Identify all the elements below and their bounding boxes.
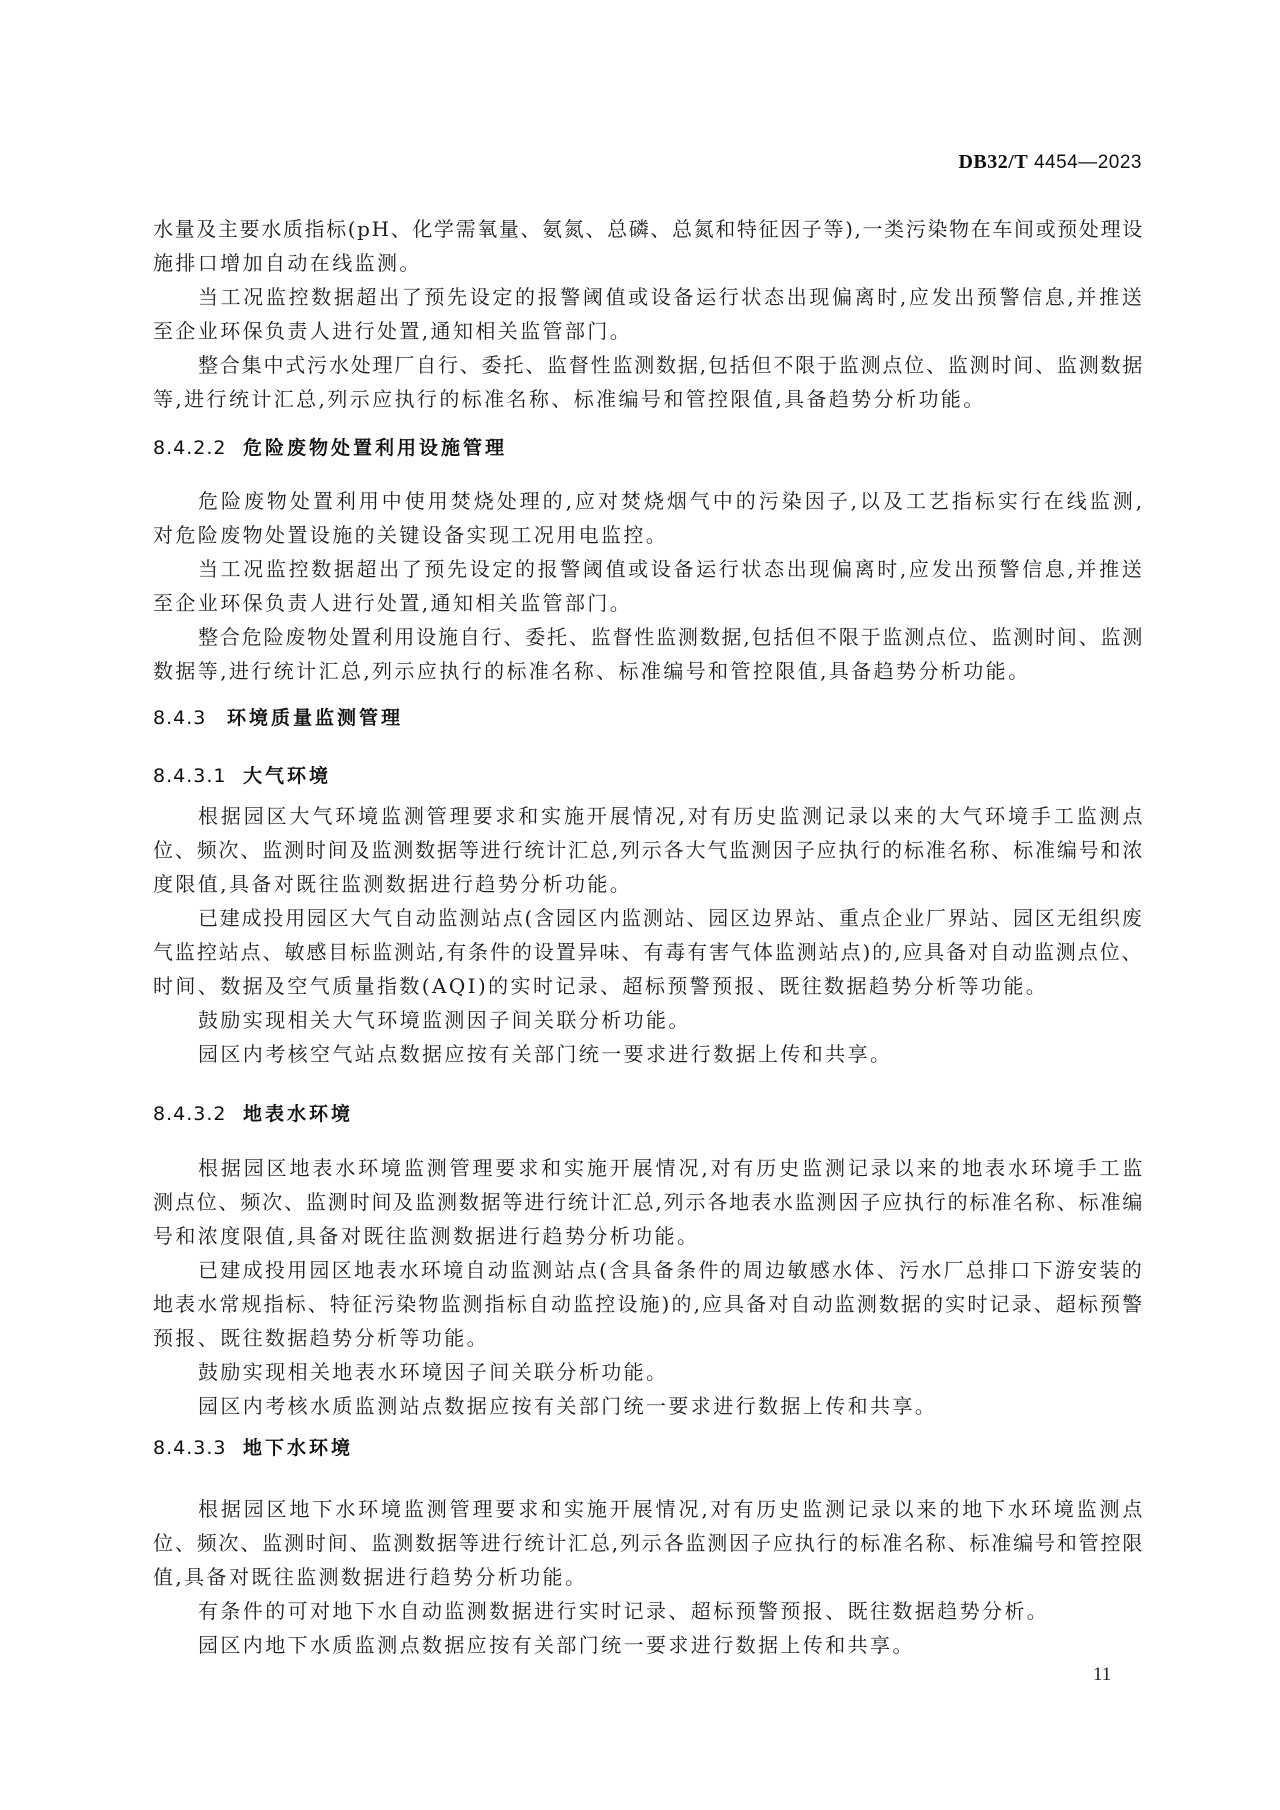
paragraph-line: 数据等,进行统计汇总,列示应执行的标准名称、标准编号和管控限值,具备趋势分析功能…	[153, 656, 1142, 686]
paragraph-first-line: 园区内地下水质监测点数据应按有关部门统一要求进行数据上传和共享。	[198, 1630, 1142, 1660]
paragraph-line: 水量及主要水质指标(pH、化学需氧量、氨氮、总磷、总氮和特征因子等),一类污染物…	[153, 214, 1142, 244]
paragraph-first-line: 园区内考核空气站点数据应按有关部门统一要求进行数据上传和共享。	[198, 1039, 1142, 1069]
paragraph-first-line: 根据园区地下水环境监测管理要求和实施开展情况,对有历史监测记录以来的地下水环境监…	[198, 1494, 1142, 1524]
paragraph-line: 位、频次、监测时间及监测数据等进行统计汇总,列示各大气监测因子应执行的标准名称、…	[153, 835, 1142, 865]
paragraph-line: 气监控站点、敏感目标监测站,有条件的设置异味、有毒有害气体监测站点)的,应具备对…	[153, 937, 1142, 967]
section-heading: 8.4.3.1大气环境	[153, 761, 226, 791]
paragraph-line: 对危险废物处置设施的关键设备实现工况用电监控。	[153, 520, 1142, 550]
section-heading: 8.4.2.2危险废物处置利用设施管理	[153, 433, 226, 463]
section-number: 8.4.3.1	[153, 761, 226, 791]
paragraph-line: 度限值,具备对既往监测数据进行趋势分析功能。	[153, 869, 1142, 899]
section-number: 8.4.3.2	[153, 1099, 226, 1129]
section-title: 大气环境	[243, 761, 331, 791]
section-number: 8.4.2.2	[153, 433, 226, 463]
paragraph-line: 测点位、频次、监测时间及监测数据等进行统计汇总,列示各地表水监测因子应执行的标准…	[153, 1187, 1142, 1217]
paragraph-first-line: 鼓励实现相关地表水环境因子间关联分析功能。	[198, 1357, 1142, 1387]
paragraph-first-line: 当工况监控数据超出了预先设定的报警阈值或设备运行状态出现偏离时,应发出预警信息,…	[198, 282, 1142, 312]
paragraph-line: 至企业环保负责人进行处置,通知相关监管部门。	[153, 316, 1142, 346]
paragraph-line: 至企业环保负责人进行处置,通知相关监管部门。	[153, 588, 1142, 618]
section-title: 危险废物处置利用设施管理	[243, 433, 507, 463]
paragraph-line: 预报、既往数据趋势分析等功能。	[153, 1323, 1142, 1353]
document-standard-id: DB32/T 4454—2023	[958, 150, 1142, 175]
paragraph-line: 号和浓度限值,具备对既往监测数据进行趋势分析功能。	[153, 1221, 1142, 1251]
paragraph-line: 地表水常规指标、特征污染物监测指标自动监控设施)的,应具备对自动监测数据的实时记…	[153, 1289, 1142, 1319]
section-title: 地下水环境	[243, 1433, 353, 1463]
section-title: 地表水环境	[243, 1099, 353, 1129]
standard-prefix: DB32/T	[958, 151, 1028, 173]
section-heading: 8.4.3.2地表水环境	[153, 1099, 226, 1129]
paragraph-first-line: 整合集中式污水处理厂自行、委托、监督性监测数据,包括但不限于监测点位、监测时间、…	[198, 350, 1142, 380]
paragraph-line: 施排口增加自动在线监测。	[153, 248, 1142, 278]
paragraph-first-line: 鼓励实现相关大气环境监测因子间关联分析功能。	[198, 1005, 1142, 1035]
paragraph-first-line: 危险废物处置利用中使用焚烧处理的,应对焚烧烟气中的污染因子,以及工艺指标实行在线…	[198, 486, 1142, 516]
paragraph-first-line: 整合危险废物处置利用设施自行、委托、监督性监测数据,包括但不限于监测点位、监测时…	[198, 622, 1142, 652]
section-number: 8.4.3	[153, 703, 206, 733]
paragraph-line: 时间、数据及空气质量指数(AQI)的实时记录、超标预警预报、既往数据趋势分析等功…	[153, 971, 1142, 1001]
section-heading: 8.4.3.3地下水环境	[153, 1433, 226, 1463]
paragraph-first-line: 园区内考核水质监测站点数据应按有关部门统一要求进行数据上传和共享。	[198, 1391, 1142, 1421]
paragraph-first-line: 根据园区大气环境监测管理要求和实施开展情况,对有历史监测记录以来的大气环境手工监…	[198, 801, 1142, 831]
paragraph-line: 等,进行统计汇总,列示应执行的标准名称、标准编号和管控限值,具备趋势分析功能。	[153, 384, 1142, 414]
section-heading: 8.4.3环境质量监测管理	[153, 703, 206, 733]
paragraph-first-line: 当工况监控数据超出了预先设定的报警阈值或设备运行状态出现偏离时,应发出预警信息,…	[198, 554, 1142, 584]
standard-number: 4454—2023	[1028, 152, 1142, 173]
paragraph-first-line: 有条件的可对地下水自动监测数据进行实时记录、超标预警预报、既往数据趋势分析。	[198, 1596, 1142, 1626]
section-title: 环境质量监测管理	[227, 703, 403, 733]
document-page: DB32/T 4454—2023 水量及主要水质指标(pH、化学需氧量、氨氮、总…	[0, 0, 1280, 1810]
section-number: 8.4.3.3	[153, 1433, 226, 1463]
paragraph-line: 位、频次、监测时间、监测数据等进行统计汇总,列示各监测因子应执行的标准名称、标准…	[153, 1528, 1142, 1558]
paragraph-first-line: 已建成投用园区大气自动监测站点(含园区内监测站、园区边界站、重点企业厂界站、园区…	[198, 903, 1142, 933]
paragraph-first-line: 已建成投用园区地表水环境自动监测站点(含具备条件的周边敏感水体、污水厂总排口下游…	[198, 1255, 1142, 1285]
paragraph-first-line: 根据园区地表水环境监测管理要求和实施开展情况,对有历史监测记录以来的地表水环境手…	[198, 1153, 1142, 1183]
page-number: 11	[1093, 1664, 1111, 1686]
paragraph-line: 值,具备对既往监测数据进行趋势分析功能。	[153, 1562, 1142, 1592]
